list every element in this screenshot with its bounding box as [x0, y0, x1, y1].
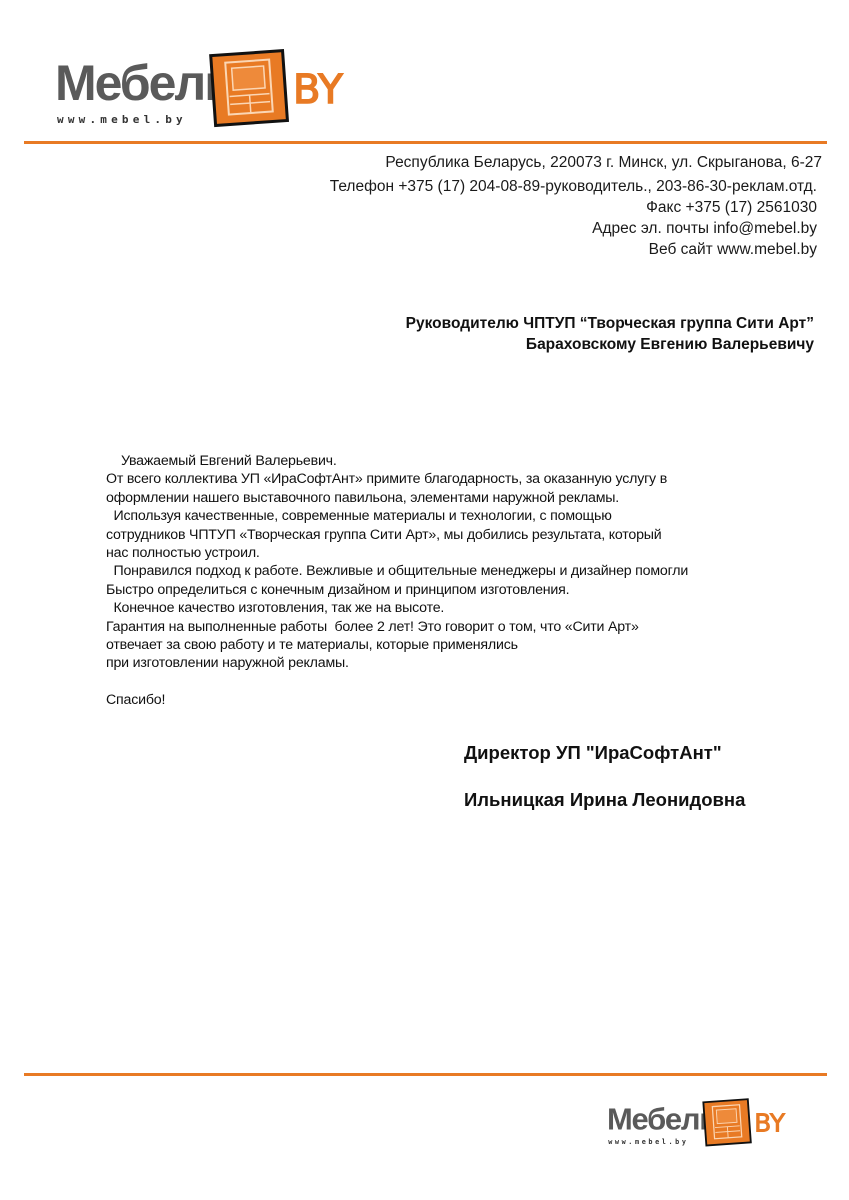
letter-line: Используя качественные, современные мате… — [106, 507, 806, 525]
letter-line: отвечает за свою работу и те материалы, … — [106, 636, 806, 654]
logo-graphic: Мебель BY www.mebel.by — [55, 45, 375, 130]
header-divider — [24, 141, 827, 144]
letter-line: Понравился подход к работе. Вежливые и о… — [106, 562, 806, 580]
letter-line: Уважаемый Евгений Валерьевич. — [106, 452, 806, 470]
company-phone: Телефон +375 (17) 204-08-89-руководитель… — [330, 176, 817, 197]
company-website: Веб сайт www.mebel.by — [330, 239, 817, 260]
company-email: Адрес эл. почты info@mebel.by — [330, 218, 817, 239]
letter-line: Гарантия на выполненные работы более 2 л… — [106, 618, 806, 636]
logo-url: www.mebel.by — [57, 113, 187, 126]
paragraph-gap — [106, 673, 806, 691]
logo-wordmark: Мебель — [55, 55, 233, 111]
letter-line: сотрудников ЧПТУП «Творческая группа Сит… — [106, 526, 806, 544]
logo-suffix: BY — [754, 1109, 786, 1138]
mebel-by-logo-footer: Мебель BY www.mebel.by — [607, 1093, 805, 1151]
company-fax: Факс +375 (17) 2561030 — [330, 197, 817, 218]
furniture-box-icon — [211, 51, 288, 126]
letter-line: От всего коллектива УП «ИраСофтАнт» прим… — [106, 470, 806, 488]
footer-divider — [24, 1073, 827, 1076]
letter-closing: Спасибо! — [106, 691, 806, 709]
letter-line: оформлении нашего выставочного павильона… — [106, 489, 806, 507]
company-address: Республика Беларусь, 220073 г. Минск, ул… — [330, 152, 822, 173]
recipient-block: Руководителю ЧПТУП “Творческая группа Си… — [406, 313, 814, 355]
recipient-name: Бараховскому Евгению Валерьевичу — [406, 334, 814, 355]
logo-url: www.mebel.by — [608, 1138, 688, 1146]
signer-name: Ильницкая Ирина Леонидовна — [464, 789, 745, 811]
letter-line: Конечное качество изготовления, так же н… — [106, 599, 806, 617]
signature-block: Директор УП "ИраСофтАнт" Ильницкая Ирина… — [464, 742, 745, 811]
signer-title: Директор УП "ИраСофтАнт" — [464, 742, 745, 764]
company-contacts: Республика Беларусь, 220073 г. Минск, ул… — [330, 152, 822, 260]
letter-line: при изготовлении наружной рекламы. — [106, 654, 806, 672]
logo-graphic: Мебель BY www.mebel.by — [607, 1093, 805, 1151]
recipient-position: Руководителю ЧПТУП “Творческая группа Си… — [406, 313, 814, 334]
logo-wordmark: Мебель — [607, 1102, 717, 1137]
mebel-by-logo: Мебель BY www.mebel.by — [55, 45, 375, 130]
letter-line: нас полностью устроил. — [106, 544, 806, 562]
letter-line: Быстро определиться с конечным дизайном … — [106, 581, 806, 599]
furniture-box-icon — [703, 1099, 750, 1145]
letter-body: Уважаемый Евгений Валерьевич. От всего к… — [106, 452, 806, 710]
logo-suffix: BY — [293, 67, 343, 113]
